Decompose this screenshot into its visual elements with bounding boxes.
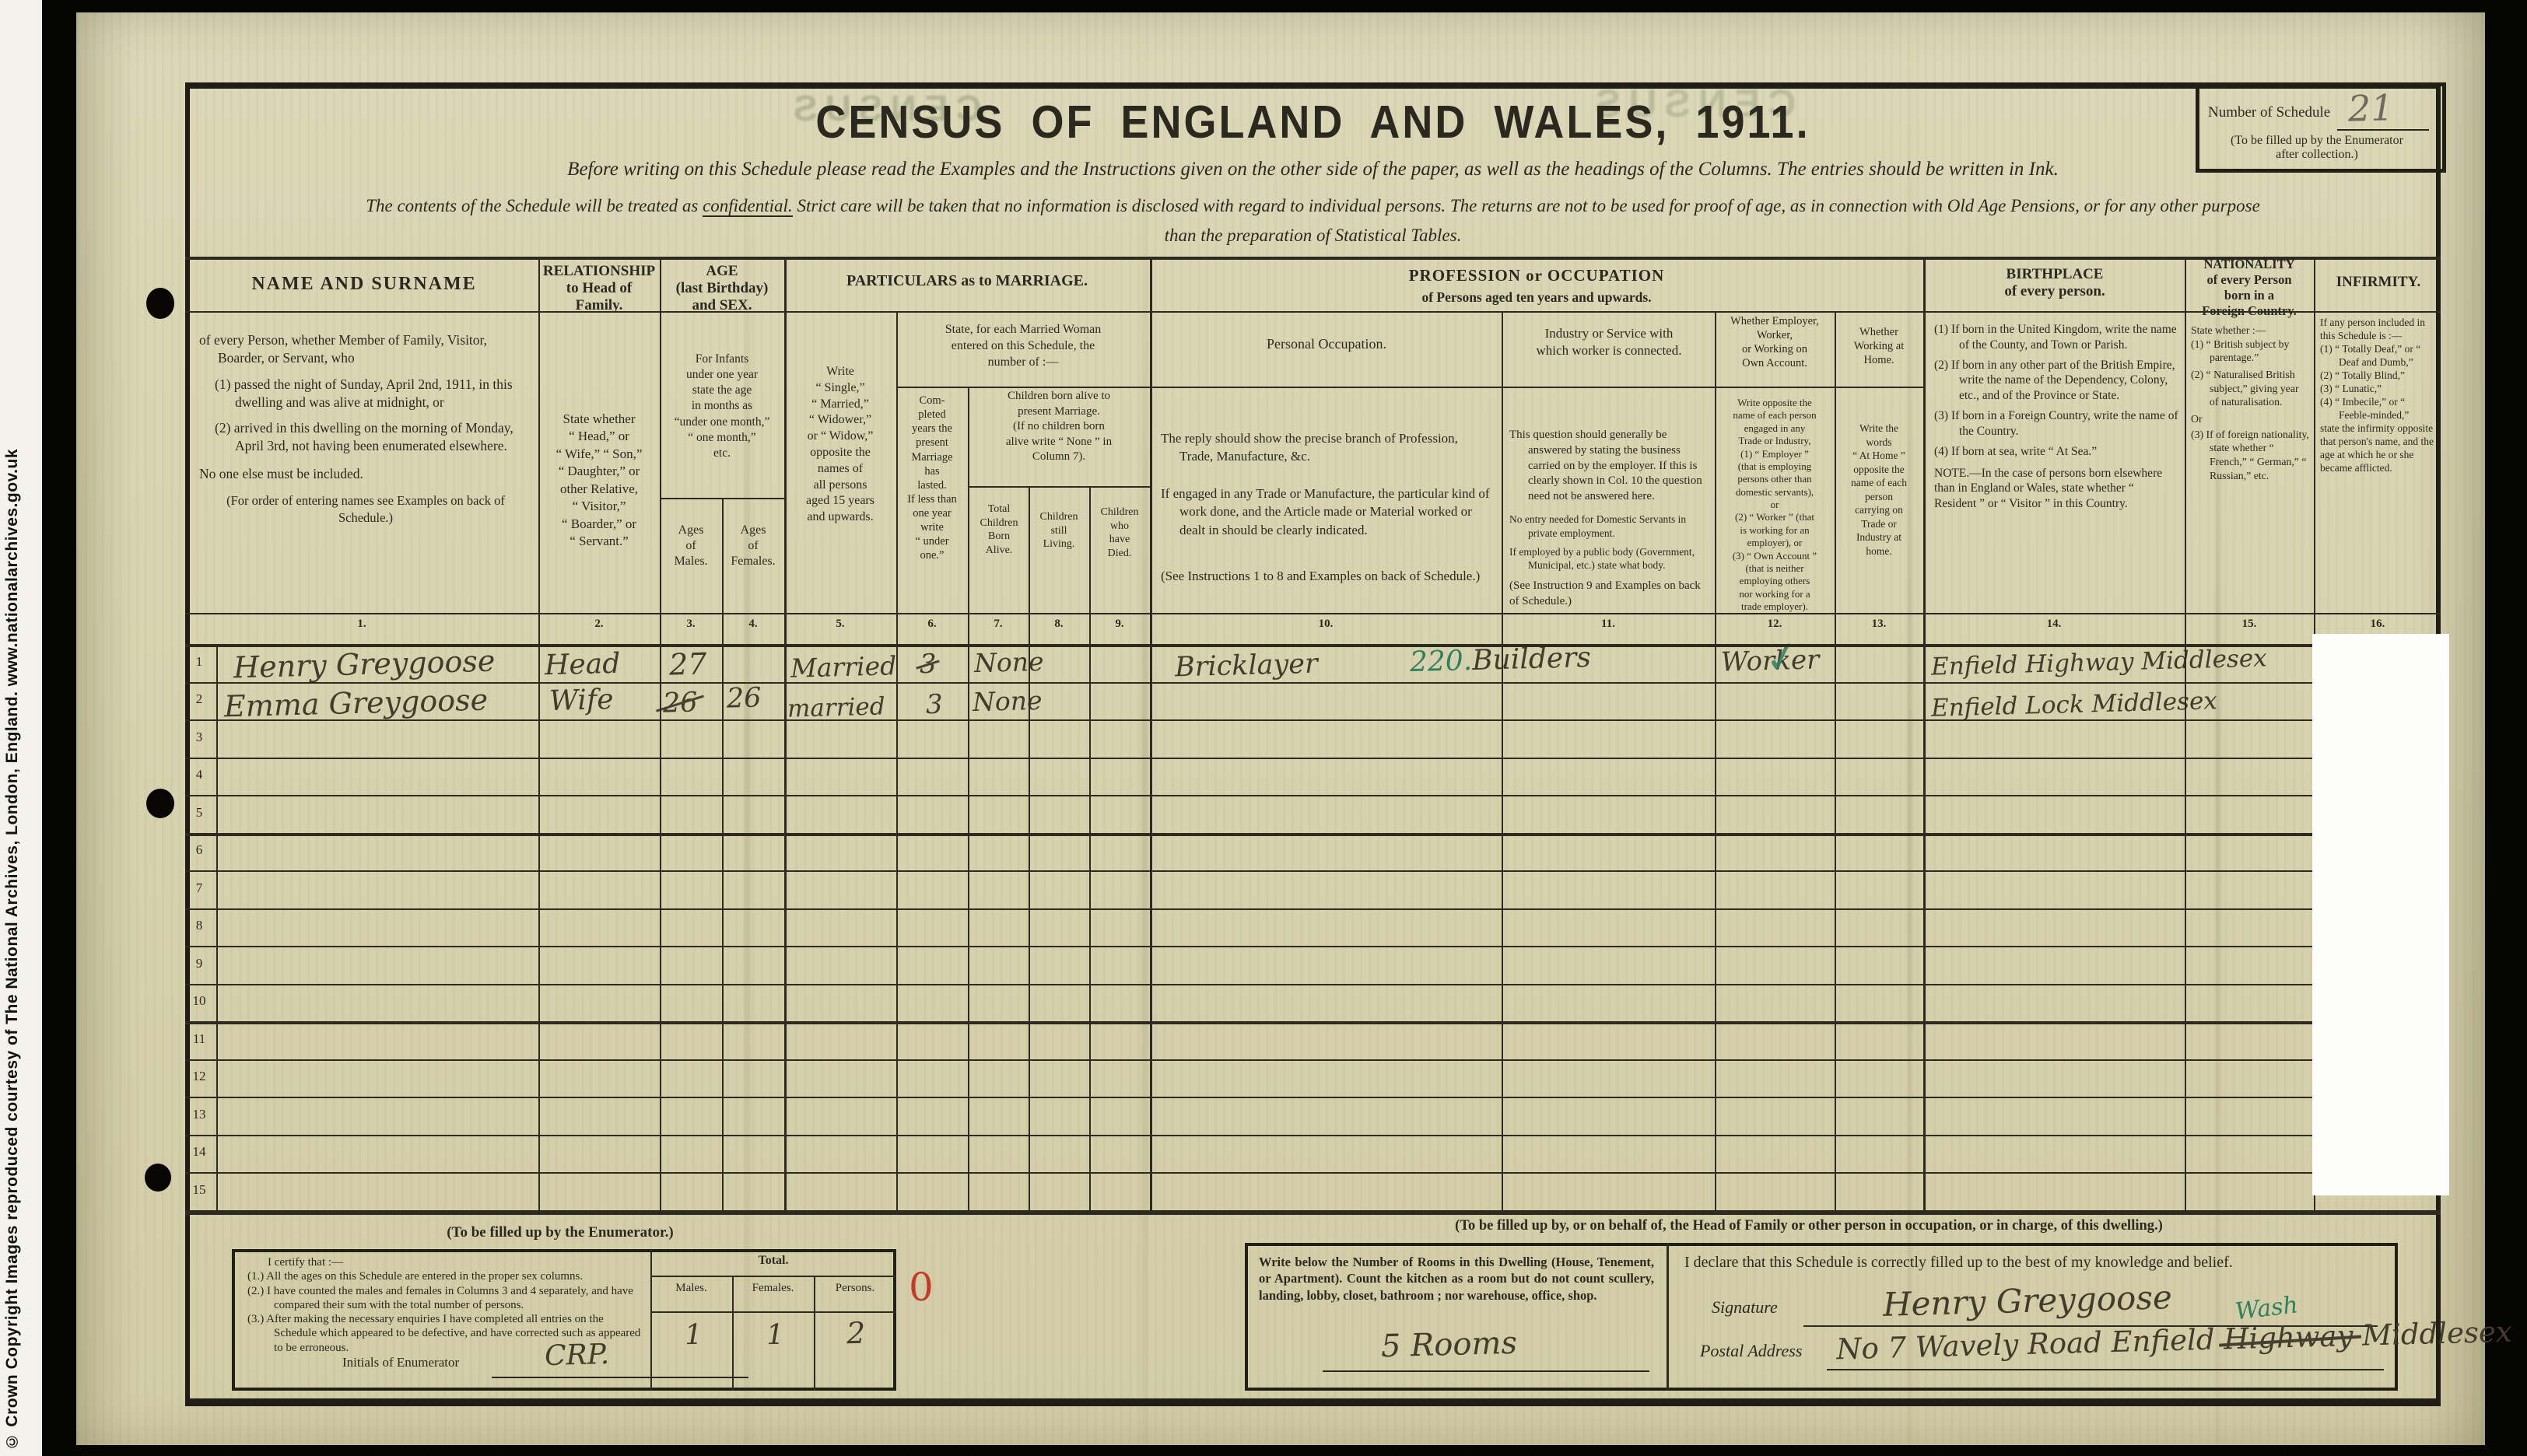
entry-age-female-2: 26 [726, 682, 762, 714]
grid-line-h [650, 1311, 896, 1313]
grid-line-h [185, 613, 2441, 614]
header-ages-females: Ages of Females. [724, 523, 783, 569]
row-separator [185, 1135, 2441, 1136]
entry-age-male-struck-2: 26 [662, 687, 698, 719]
entry-age-male-1: 27 [668, 646, 706, 681]
row-separator [185, 908, 2441, 910]
grid-line-h [968, 486, 1150, 488]
initials-value: CRP. [544, 1339, 609, 1372]
signature-value: Henry Greygoose [1882, 1278, 2172, 1324]
row-separator [185, 795, 2441, 796]
copyright-strip: © Crown Copyright Images reproduced cour… [0, 0, 42, 1456]
grid-line-h [896, 387, 1923, 388]
entry-children-born-2: None [973, 685, 1043, 717]
entry-children-born-1: None [974, 646, 1045, 678]
row-number: 11 [185, 1031, 213, 1047]
row-number: 9 [185, 956, 213, 971]
grid-line-h [660, 498, 784, 499]
name-desc-4: (For order of entering names see Example… [199, 492, 532, 527]
grid-line-v [1502, 311, 1503, 1210]
grid-line-v [968, 387, 969, 1210]
certify-intro: I certify that :— [247, 1255, 643, 1269]
col11-p2: No entry needed for Domestic Servants in… [1509, 513, 1709, 541]
column-number: 11. [1577, 618, 1639, 631]
infirmity-intro: If any person included in this Schedule … [2320, 316, 2438, 342]
nationality-2: (2) “ Naturalised British subject,” givi… [2191, 368, 2309, 409]
header-col8: Children still Living. [1030, 510, 1088, 551]
header-name: NAME AND SURNAME [195, 274, 534, 295]
header-col9: Children who have Died. [1091, 506, 1148, 560]
row-separator [185, 984, 2441, 985]
nationality-1: (1) “ British subject by parentage.” [2191, 338, 2309, 365]
row-separator [185, 870, 2441, 872]
column-number: 10. [1295, 618, 1357, 631]
row-number: 5 [185, 805, 213, 821]
grid-line-v [1715, 311, 1716, 1210]
signature-label: Signature [1712, 1297, 1778, 1318]
postal-struck-word: HighwayWash [2224, 1319, 2354, 1356]
header-age-desc: For Infants under one year state the age… [658, 352, 786, 461]
header-name-desc: of every Person, whether Member of Famil… [199, 331, 532, 527]
row-number: 1 [185, 654, 213, 670]
infirmity-outro: state the infirmity opposite that person… [2320, 422, 2438, 474]
infirmity-2: (2) “ Totally Blind,” [2320, 369, 2438, 382]
row-number: 3 [185, 730, 213, 745]
entry-years-married-1: 3 [919, 649, 937, 681]
grid-line-v [538, 257, 540, 1210]
name-desc-3: No one else must be included. [199, 465, 532, 483]
grid-line-h [185, 311, 2441, 313]
column-number: 8. [1028, 618, 1090, 631]
postal-address-rule [1827, 1369, 2384, 1370]
column-number: 12. [1744, 618, 1806, 631]
females-label: Females. [732, 1282, 814, 1295]
birthplace-d3: (3) If born in a Foreign Country, write … [1934, 408, 2178, 439]
infirmity-1: (1) “ Totally Deaf,” or “ Deaf and Dumb,… [2320, 342, 2438, 369]
punch-hole [146, 789, 174, 818]
grid-line-v [1089, 486, 1091, 1210]
column-number: 15. [2218, 618, 2280, 631]
grid-line-h [185, 257, 2441, 260]
row-separator [185, 682, 2441, 684]
row-number: 6 [185, 842, 213, 858]
struck-value: 3 [919, 649, 937, 681]
grid-line-v [814, 1276, 815, 1391]
postal-post: Middlesex [2353, 1315, 2512, 1353]
females-value: 1 [766, 1319, 784, 1352]
punch-hole [145, 1164, 171, 1192]
header-nationality-desc: State whether :— (1) “ British subject b… [2191, 324, 2309, 482]
totals-label: Total. [650, 1254, 896, 1268]
column-number: 4. [722, 618, 784, 631]
header-age: AGE (last Birthday) and SEX. [660, 263, 784, 314]
males-label: Males. [650, 1282, 732, 1295]
col11-p3: If employed by a public body (Government… [1509, 545, 1709, 573]
entry-marriage-1: Married [790, 650, 897, 684]
grid-line-v [1923, 257, 1926, 1210]
header-col5-desc: Write “ Single,” “ Married,” “ Widower,”… [786, 364, 895, 526]
males-value: 1 [684, 1319, 703, 1352]
nationality-intro: State whether :— [2191, 324, 2309, 338]
col10-p3: (See Instructions 1 to 8 and Examples on… [1161, 567, 1494, 585]
entry-employment-1: Worker✓ [1720, 644, 1819, 677]
header-birthplace-desc: (1) If born in the United Kingdom, write… [1934, 322, 2178, 512]
row-number: 13 [185, 1107, 213, 1122]
certify-item-2: (2.) I have counted the males and female… [247, 1284, 643, 1313]
col11-p4: (See Instruction 9 and Examples on back … [1509, 579, 1709, 610]
grid-line-v [896, 311, 898, 1210]
header-profession-subtitle: of Persons aged ten years and upwards. [1151, 289, 1922, 306]
birthplace-d4: (4) If born at sea, write “ At Sea.” [1934, 444, 2178, 460]
header-col10-desc: The reply should show the precise branch… [1161, 429, 1494, 586]
grid-line-v [660, 257, 661, 1210]
grid-line-h [185, 644, 2441, 647]
grid-line-v [650, 1249, 652, 1391]
column-number: 1. [331, 618, 393, 631]
header-col6-desc: Com- pleted years the present Marriage h… [898, 394, 966, 563]
column-number: 5. [809, 618, 871, 631]
nationality-3: (3) If of foreign nationality, state whe… [2191, 428, 2309, 483]
red-zero-annotation: 0 [909, 1265, 934, 1310]
instruction-line-2: The contents of the Schedule will be tre… [195, 196, 2431, 216]
row-separator [185, 758, 2441, 759]
grid-line-h [650, 1276, 896, 1277]
initials-rule [492, 1377, 748, 1378]
row-separator [185, 1059, 2441, 1061]
page-title: CENSUS OF ENGLAND AND WALES, 1911. [185, 96, 2441, 149]
header-col13-desc: Write the words “ At Home ” opposite the… [1836, 422, 1922, 558]
header-nationality: NATIONALITY of every Person born in a Fo… [2186, 257, 2312, 320]
header-profession-group: PROFESSION or OCCUPATION [1151, 266, 1922, 285]
header-col7: Total Children Born Alive. [969, 502, 1029, 557]
header-relationship: RELATIONSHIP to Head of Family. [540, 263, 658, 314]
entry-industry-1: 220.Builders [1410, 642, 1592, 678]
row-number: 7 [185, 880, 213, 896]
row-separator [185, 1210, 2441, 1215]
rooms-instruction: Write below the Number of Rooms in this … [1259, 1254, 1654, 1304]
entry-years-married-2: 3 [925, 689, 943, 721]
infirmity-3: (3) “ Lunatic,” [2320, 382, 2438, 395]
entry-relationship-1: Head [544, 648, 620, 682]
header-col10-label: Personal Occupation. [1151, 336, 1502, 352]
row-number: 15 [185, 1182, 213, 1198]
header-infirmity-desc: If any person included in this Schedule … [2320, 316, 2438, 474]
name-desc-2: (2) arrived in this dwelling on the morn… [199, 419, 532, 456]
postal-address-label: Postal Address [1700, 1341, 1802, 1361]
grid-line-v [216, 644, 218, 1210]
persons-value: 2 [846, 1316, 865, 1351]
column-number: 14. [2023, 618, 2085, 631]
grid-line-v [1150, 257, 1152, 1210]
instruction-2-pre: The contents of the Schedule will be tre… [366, 196, 703, 215]
row-separator [185, 719, 2441, 721]
entry-name-2: Emma Greygoose [223, 683, 488, 724]
grid-line-v [1835, 311, 1836, 1210]
enumerator-heading: (To be filled up by the Enumerator.) [218, 1224, 902, 1241]
header-infirmity: INFIRMITY. [2315, 274, 2441, 291]
header-children-band: Children born alive to present Marriage.… [969, 389, 1148, 465]
row-number: 8 [185, 918, 213, 933]
row-number: 14 [185, 1144, 213, 1160]
instruction-line-1: Before writing on this Schedule please r… [202, 159, 2424, 180]
nationality-or: Or [2191, 412, 2309, 426]
infirmity-4: (4) “ Imbecile,” or “ Feeble-minded,” [2320, 395, 2438, 422]
column-number: 16. [2346, 618, 2409, 631]
col11-p1: This question should generally be answer… [1509, 428, 1709, 505]
col10-p1: The reply should show the precise branch… [1161, 429, 1494, 466]
col10-p2: If engaged in any Trade or Manufacture, … [1161, 485, 1494, 539]
name-desc-1: (1) passed the night of Sunday, April 2n… [199, 376, 532, 412]
confidential-underlined: confidential. [703, 196, 793, 217]
rooms-value: 5 Rooms [1380, 1325, 1517, 1365]
instruction-line-3: than the preparation of Statistical Tabl… [195, 226, 2431, 246]
rooms-rule [1323, 1370, 1649, 1372]
entry-occupation-1: Bricklayer [1175, 649, 1319, 684]
row-number: 10 [185, 993, 213, 1009]
entry-name-1: Henry Greygoose [233, 644, 495, 685]
header-birthplace: BIRTHPLACE of every person. [1926, 266, 2183, 300]
header-relationship-desc: State whether “ Head,” or “ Wife,” “ Son… [540, 411, 658, 551]
birthplace-d2: (2) If born in any other part of the Bri… [1934, 358, 2178, 404]
row-number: 4 [185, 767, 213, 782]
header-col12-label: Whether Employer, Worker, or Working on … [1716, 314, 1833, 371]
header-marriage-group: PARTICULARS as to MARRIAGE. [786, 272, 1148, 290]
census-form-scan: © Crown Copyright Images reproduced cour… [0, 0, 2527, 1456]
grid-line-v [2185, 257, 2186, 1210]
grid-line-v [732, 1276, 734, 1391]
row-separator [185, 1172, 2441, 1174]
grid-line-v [722, 498, 724, 1210]
initials-label: Initials of Enumerator [342, 1355, 459, 1370]
column-number: 2. [568, 618, 630, 631]
row-separator [185, 833, 2441, 836]
birthplace-note: NOTE.—In the case of persons born elsewh… [1934, 466, 2178, 512]
redaction-box [2312, 634, 2449, 1195]
row-separator [185, 1021, 2441, 1024]
header-col11-desc: This question should generally be answer… [1509, 428, 1709, 610]
certify-item-1: (1.) All the ages on this Schedule are e… [247, 1269, 643, 1283]
industry-code-green: 220. [1410, 645, 1473, 678]
persons-label: Persons. [814, 1282, 896, 1295]
row-separator [185, 946, 2441, 947]
name-desc-intro: of every Person, whether Member of Famil… [199, 331, 532, 368]
entry-relationship-2: Wife [549, 684, 614, 717]
instruction-2-post: Strict care will be taken that no inform… [793, 196, 2260, 215]
column-number: 7. [967, 618, 1029, 631]
grid-line-v [784, 257, 787, 1210]
declaration-text: I declare that this Schedule is correctl… [1684, 1254, 2392, 1272]
column-number: 13. [1848, 618, 1910, 631]
header-col13-label: Whether Working at Home. [1836, 325, 1922, 367]
grid-line-v [1667, 1243, 1669, 1391]
row-number: 12 [185, 1069, 213, 1084]
dwelling-heading: (To be filled up by, or on behalf of, th… [1221, 1218, 2396, 1234]
column-number: 9. [1088, 618, 1151, 631]
grid-line-v [1029, 486, 1030, 1210]
header-col11-label: Industry or Service with which worker is… [1505, 325, 1713, 359]
punch-hole [146, 288, 174, 319]
copyright-text: © Crown Copyright Images reproduced cour… [3, 449, 22, 1450]
header-col12-desc: Write opposite the name of each person e… [1716, 397, 1833, 613]
column-number: 3. [660, 618, 722, 631]
struck-value: 26 [662, 687, 698, 719]
row-number: 2 [185, 691, 213, 707]
entry-marriage-2: married [787, 692, 886, 723]
column-number: 6. [901, 618, 963, 631]
row-separator [185, 1097, 2441, 1098]
birthplace-d1: (1) If born in the United Kingdom, write… [1934, 322, 2178, 353]
header-married-woman-band: State, for each Married Woman entered on… [898, 322, 1148, 370]
header-ages-males: Ages of Males. [661, 523, 720, 569]
